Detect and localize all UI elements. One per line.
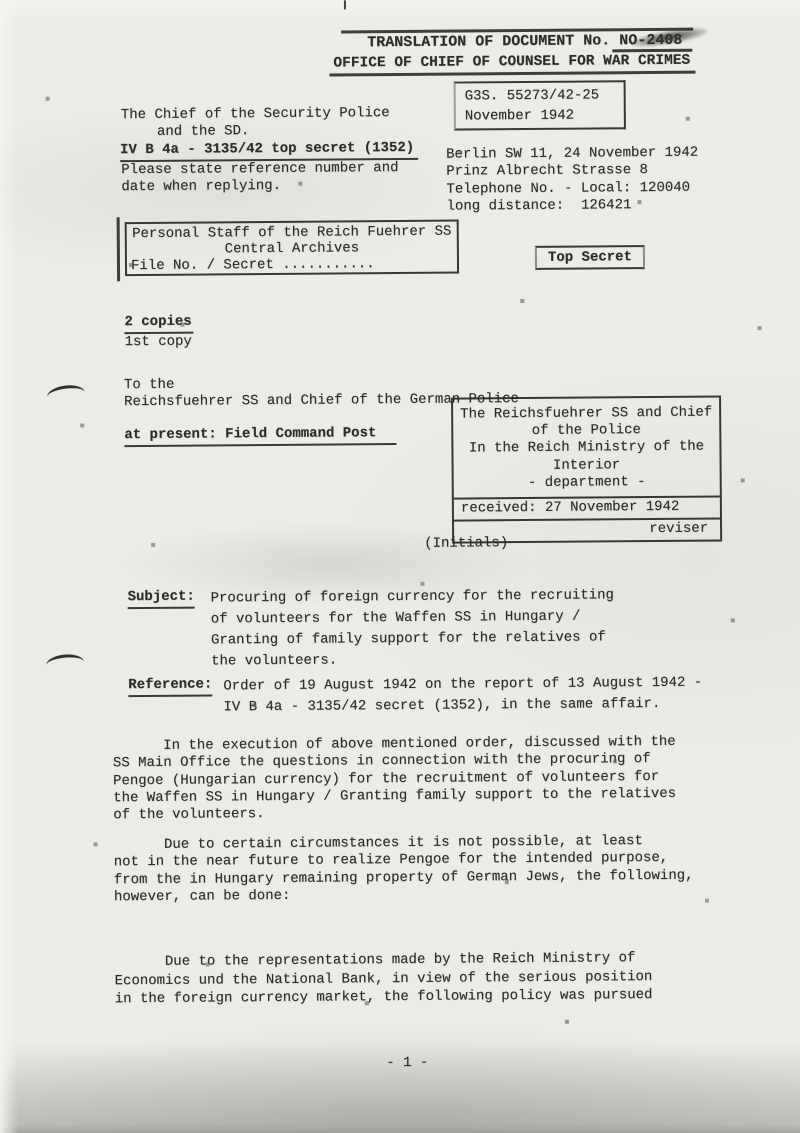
subject-text: Procuring of foreign currency for the re…	[211, 585, 615, 672]
initials-note: (Initials)	[424, 535, 508, 553]
document-title-line2: OFFICE OF CHIEF OF COUNSEL FOR WAR CRIME…	[333, 53, 690, 73]
page-number: - 1 -	[386, 1055, 428, 1073]
sender-address: Berlin SW 11, 24 November 1942 Prinz Alb…	[446, 145, 699, 216]
file-reference-number: G3S. 55273/42-25	[465, 85, 624, 106]
scan-tick-mark	[344, 0, 346, 9]
punch-hole-arc-top	[46, 383, 86, 406]
body-paragraph-3: Due to the representations made by the R…	[114, 949, 652, 1009]
sender-line1: The Chief of the Security Police	[121, 105, 390, 124]
sender-note-line2: date when replying.	[121, 178, 281, 197]
sender-line2: and the SD.	[157, 123, 250, 141]
at-present-line: at present: Field Command Post	[124, 425, 396, 447]
reference-label: Reference:	[128, 676, 212, 697]
top-secret-stamp: Top Secret	[535, 245, 645, 270]
page-content: TRANSLATION OF DOCUMENT No. NO-2408 OFFI…	[0, 0, 800, 1133]
sender-file-number: IV B 4a - 3135/42 top secret (1352)	[120, 140, 418, 163]
scanned-document-page: TRANSLATION OF DOCUMENT No. NO-2408 OFFI…	[0, 0, 800, 1133]
archives-box-line1: Personal Staff of the Reich Fuehrer SS	[127, 224, 457, 243]
subject-label: Subject:	[128, 589, 195, 610]
file-reference-box: G3S. 55273/42-25 November 1942	[454, 80, 626, 130]
archives-box: Personal Staff of the Reich Fuehrer SS C…	[125, 220, 459, 277]
received-box-heading: The Reichsfuehrer SS and Chief of the Po…	[453, 397, 720, 497]
archives-box-outer-line	[117, 217, 120, 281]
punch-hole-arc-bottom	[45, 653, 85, 675]
received-stamp-box: The Reichsfuehrer SS and Chief of the Po…	[451, 395, 722, 543]
received-date-line: received: 27 November 1942	[454, 496, 720, 520]
file-reference-date: November 1942	[465, 105, 624, 126]
sender-note-line1: Please state reference number and	[121, 160, 398, 179]
body-paragraph-1: In the execution of above mentioned orde…	[113, 734, 677, 825]
reference-text: Order of 19 August 1942 on the report of…	[223, 673, 702, 719]
copy-number: 1st copy	[125, 334, 192, 352]
copies-count: 2 copies	[124, 314, 193, 335]
document-number-underline	[612, 49, 692, 52]
archives-box-file-no: File No. / Secret ...........	[127, 256, 457, 275]
body-paragraph-2: Due to certain circumstances it is not p…	[113, 833, 693, 907]
